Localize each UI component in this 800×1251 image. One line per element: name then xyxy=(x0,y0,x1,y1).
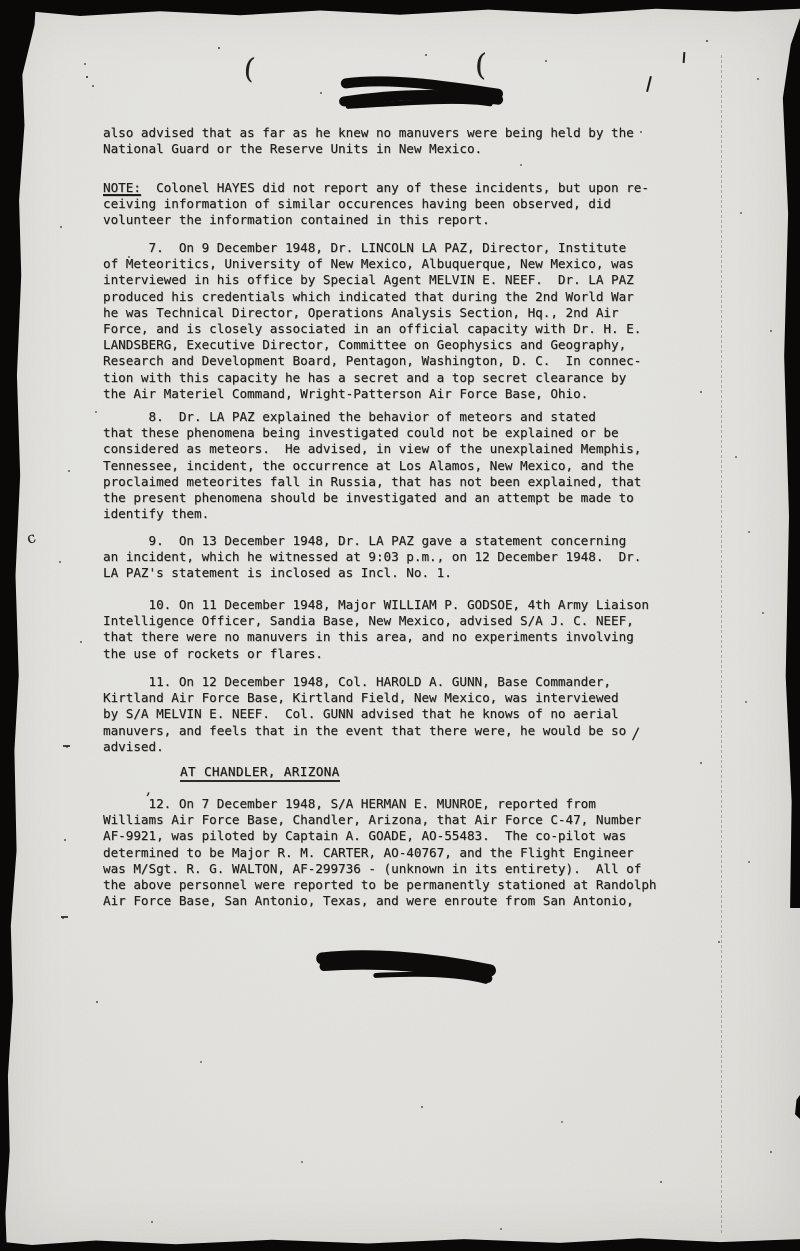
paragraph-8: 8. Dr. LA PAZ explained the behavior of … xyxy=(103,409,641,522)
scan-edge-right xyxy=(778,18,800,908)
paragraph-11: 11. On 12 December 1948, Col. HAROLD A. … xyxy=(103,674,626,755)
paragraph-intro: also advised that as far as he knew no m… xyxy=(103,125,634,157)
paragraph-10: 10. On 11 December 1948, Major WILLIAM P… xyxy=(103,597,649,662)
paren-pen-mark: ( xyxy=(474,48,487,83)
fold-crease-line xyxy=(721,55,722,1233)
redaction-scribble-bottom xyxy=(316,944,501,991)
scan-edge-right-nub xyxy=(795,1095,800,1119)
c-pen-mark: c xyxy=(24,528,38,548)
tick-pen-mark xyxy=(646,76,652,92)
dash-pen-mark xyxy=(61,916,68,918)
scan-edge-left xyxy=(0,0,36,1251)
scan-edge-top xyxy=(0,0,800,16)
paragraph-note: NOTE: Colonel HAYES did not report any o… xyxy=(103,180,649,229)
scan-speckles xyxy=(0,0,2,2)
section-heading-chandler: AT CHANDLER, ARIZONA xyxy=(180,764,340,780)
scan-edge-bottom xyxy=(0,1234,800,1251)
scanned-document-page: ( ( , c / also advised that as far as he… xyxy=(0,0,800,1251)
section-heading-text: AT CHANDLER, ARIZONA xyxy=(180,764,340,782)
slash-pen-mark: / xyxy=(632,724,640,744)
paragraph-12: 12. On 7 December 1948, S/A HERMAN E. MU… xyxy=(103,796,657,909)
paragraph-9: 9. On 13 December 1948, Dr. LA PAZ gave … xyxy=(103,533,641,582)
paren-pen-mark: ( xyxy=(242,52,256,86)
note-label: NOTE: xyxy=(103,180,141,195)
paragraph-7: 7. On 9 December 1948, Dr. LINCOLN LA PA… xyxy=(103,240,641,402)
tick-pen-mark xyxy=(683,52,686,63)
dash-pen-mark xyxy=(63,745,70,747)
note-body: Colonel HAYES did not report any of thes… xyxy=(103,180,649,227)
